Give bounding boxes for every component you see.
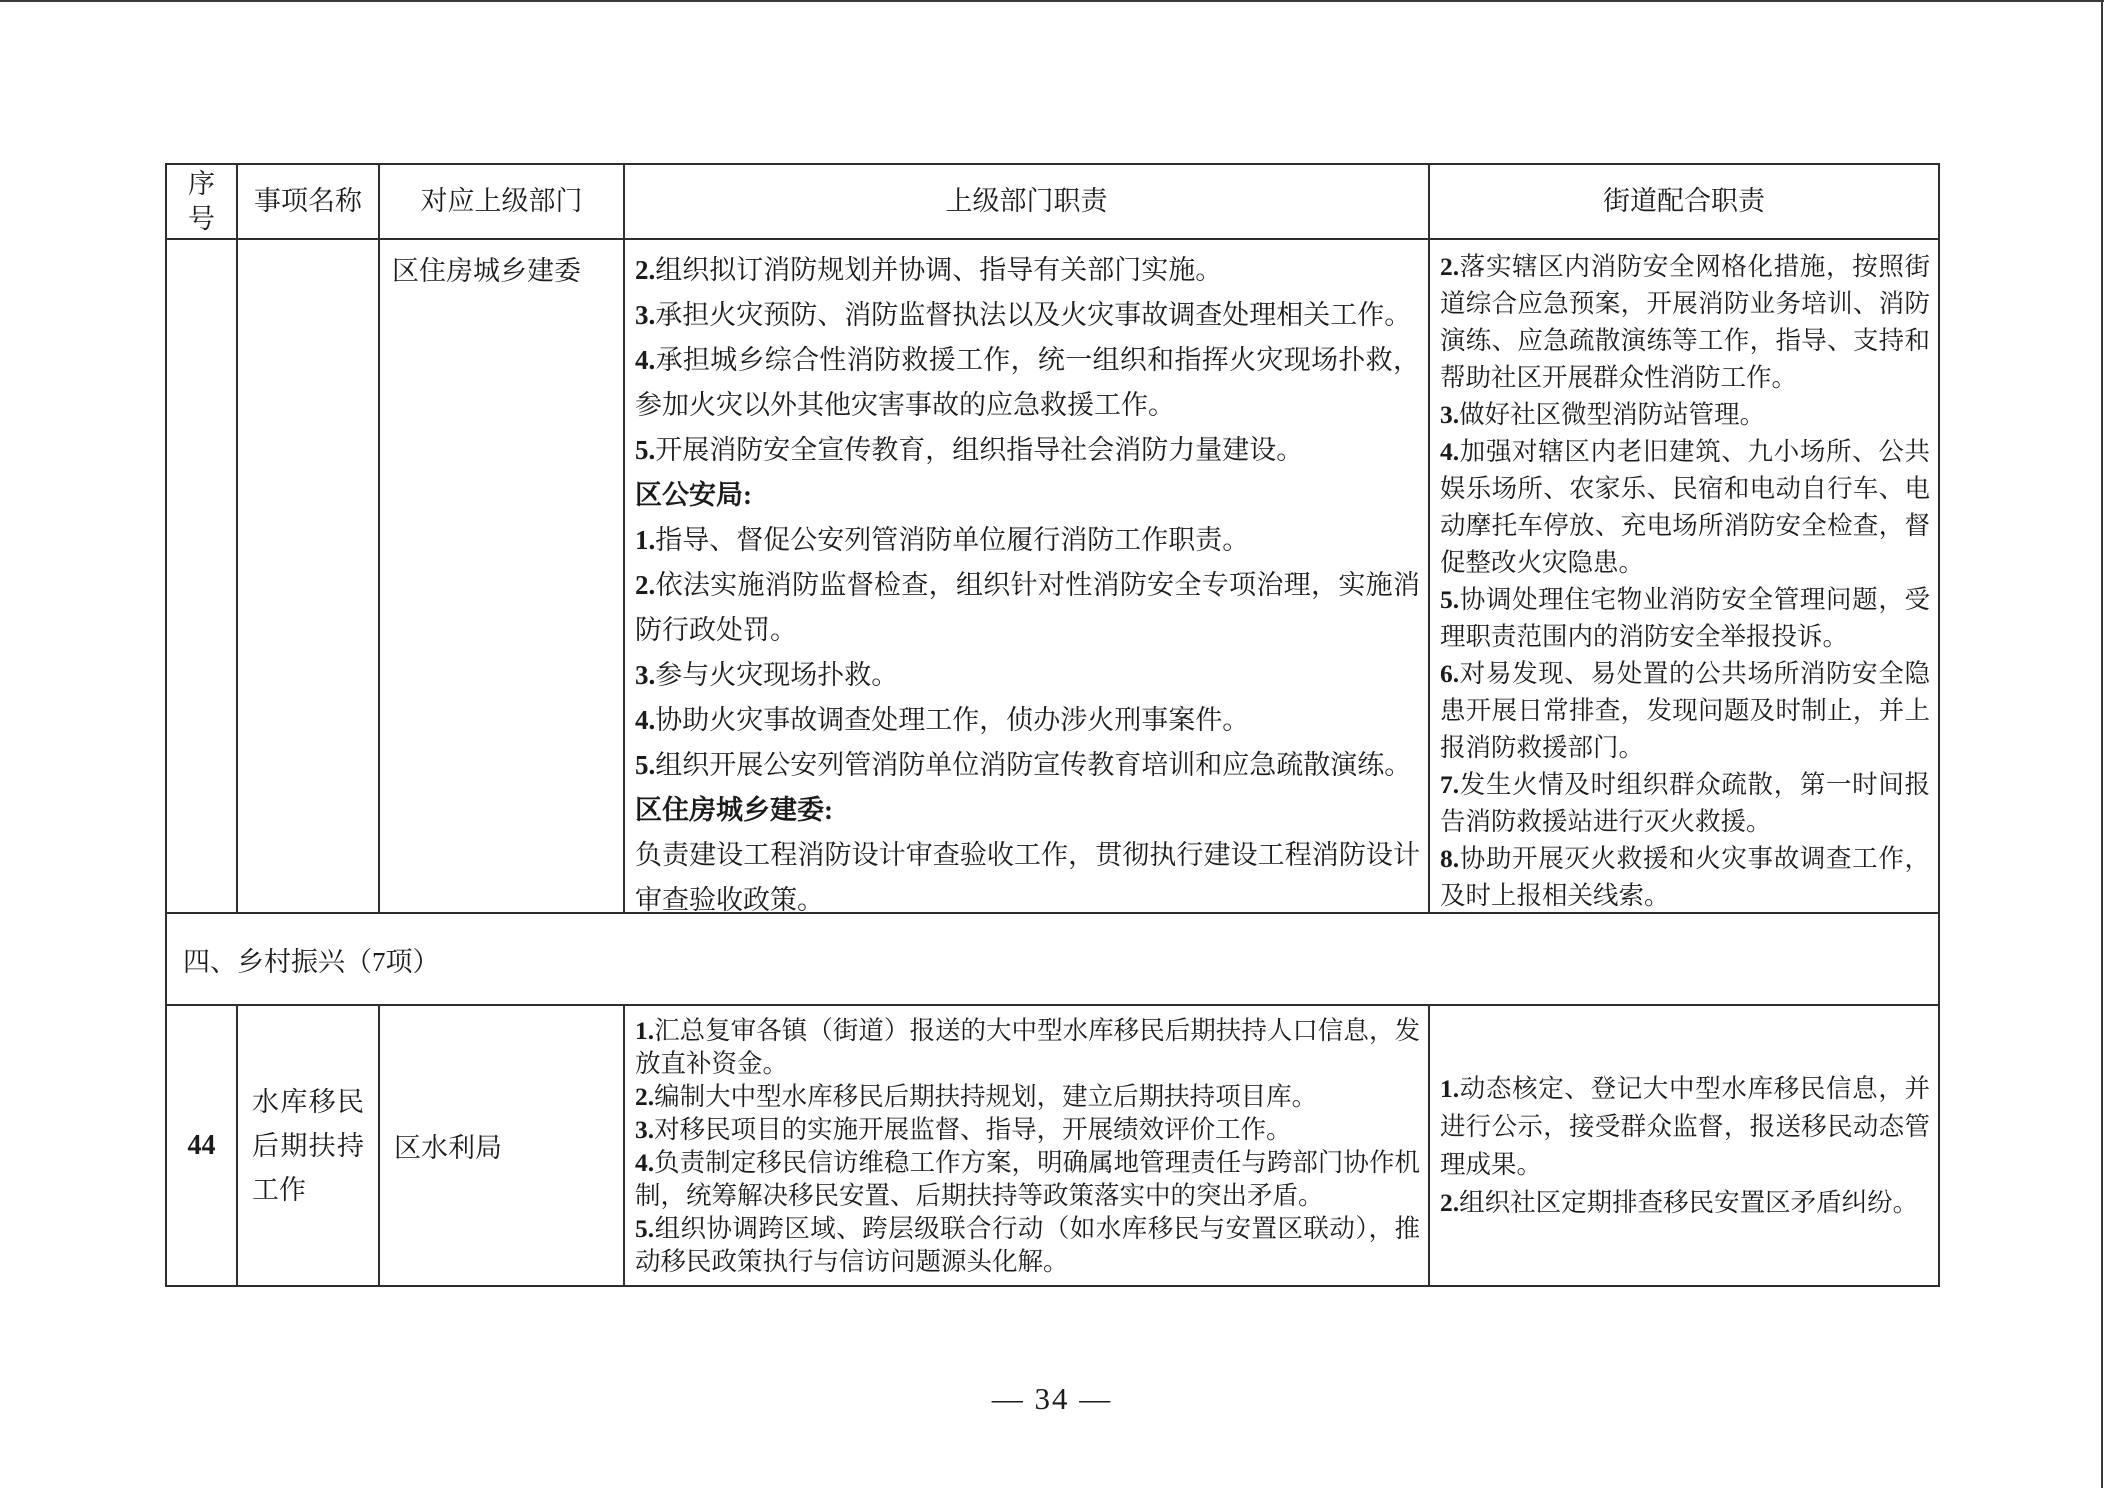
col-header-street-duties: 街道配合职责 — [1430, 165, 1938, 240]
duty-paragraph: 3.承担火灾预防、消防监督执法以及火灾事故调查处理相关工作。 — [635, 293, 1420, 338]
col-header-superior-department: 对应上级部门 — [380, 165, 625, 240]
duty-paragraph: 2.落实辖区内消防安全网格化措施，按照街道综合应急预案，开展消防业务培训、消防演… — [1440, 248, 1930, 396]
duty-paragraph: 2.组织社区定期排查移民安置区矛盾纠纷。 — [1440, 1184, 1930, 1222]
col-header-item-name: 事项名称 — [238, 165, 380, 240]
duty-paragraph: 4.加强对辖区内老旧建筑、九小场所、公共娱乐场所、农家乐、民宿和电动自行车、电动… — [1440, 433, 1930, 581]
page-number: — 34 — — [0, 1381, 2104, 1417]
page-edge-top — [0, 0, 2104, 2]
col-header-seq: 序号 — [167, 165, 238, 240]
cell-item-name-empty — [238, 240, 380, 914]
section-row-title: 四、乡村振兴（7项） — [167, 914, 1938, 1006]
cell-street-duties: 2.落实辖区内消防安全网格化措施，按照街道综合应急预案，开展消防业务培训、消防演… — [1430, 240, 1938, 914]
page-edge-right — [2101, 0, 2103, 1488]
duty-paragraph: 区住房城乡建委: — [635, 788, 1420, 833]
duty-paragraph: 3.参与火灾现场扑救。 — [635, 653, 1420, 698]
duty-paragraph: 5.开展消防安全宣传教育，组织指导社会消防力量建设。 — [635, 428, 1420, 473]
cell-seq-44: 44 — [167, 1006, 238, 1285]
cell-seq-empty — [167, 240, 238, 914]
duty-paragraph: 2.编制大中型水库移民后期扶持规划，建立后期扶持项目库。 — [635, 1080, 1420, 1113]
duty-paragraph: 7.发生火情及时组织群众疏散，第一时间报告消防救援站进行灭火救援。 — [1440, 766, 1930, 840]
cell-superior-department: 区住房城乡建委 — [380, 240, 625, 914]
duty-paragraph: 6.对易发现、易处置的公共场所消防安全隐患开展日常排查，发现问题及时制止，并上报… — [1440, 655, 1930, 766]
duty-paragraph: 8.协助开展灭火救援和火灾事故调查工作，及时上报相关线索。 — [1440, 840, 1930, 914]
duty-paragraph: 1.动态核定、登记大中型水库移民信息，并进行公示，接受群众监督，报送移民动态管理… — [1440, 1070, 1930, 1184]
cell-superior-department-44: 区水利局 — [380, 1006, 625, 1285]
duty-paragraph: 1.指导、督促公安列管消防单位履行消防工作职责。 — [635, 518, 1420, 563]
responsibility-table: 序号 事项名称 对应上级部门 上级部门职责 街道配合职责 区住房城乡建委 2.组… — [165, 163, 1940, 1287]
duty-paragraph: 4.协助火灾事故调查处理工作，侦办涉火刑事案件。 — [635, 698, 1420, 743]
duty-paragraph: 1.汇总复审各镇（街道）报送的大中型水库移民后期扶持人口信息，发放直补资金。 — [635, 1014, 1420, 1080]
duty-paragraph: 3.做好社区微型消防站管理。 — [1440, 396, 1930, 433]
duty-paragraph: 5.组织协调跨区域、跨层级联合行动（如水库移民与安置区联动），推动移民政策执行与… — [635, 1212, 1420, 1278]
duty-paragraph: 5.协调处理住宅物业消防安全管理问题，受理职责范围内的消防安全举报投诉。 — [1440, 581, 1930, 655]
cell-superior-duties: 2.组织拟订消防规划并协调、指导有关部门实施。3.承担火灾预防、消防监督执法以及… — [625, 240, 1430, 914]
duty-paragraph: 5.组织开展公安列管消防单位消防宣传教育培训和应急疏散演练。 — [635, 743, 1420, 788]
duty-paragraph: 3.对移民项目的实施开展监督、指导，开展绩效评价工作。 — [635, 1113, 1420, 1146]
cell-superior-duties-44: 1.汇总复审各镇（街道）报送的大中型水库移民后期扶持人口信息，发放直补资金。2.… — [625, 1006, 1430, 1285]
duty-paragraph: 2.组织拟订消防规划并协调、指导有关部门实施。 — [635, 248, 1420, 293]
duty-paragraph: 区公安局: — [635, 473, 1420, 518]
cell-street-duties-44: 1.动态核定、登记大中型水库移民信息，并进行公示，接受群众监督，报送移民动态管理… — [1430, 1006, 1938, 1285]
duty-paragraph: 负责建设工程消防设计审查验收工作，贯彻执行建设工程消防设计审查验收政策。 — [635, 833, 1420, 914]
col-header-superior-duties: 上级部门职责 — [625, 165, 1430, 240]
item-name-text: 水库移民后期扶持工作 — [252, 1080, 364, 1212]
duty-paragraph: 4.负责制定移民信访维稳工作方案，明确属地管理责任与跨部门协作机制，统筹解决移民… — [635, 1146, 1420, 1212]
cell-item-name-44: 水库移民后期扶持工作 — [238, 1006, 380, 1285]
duty-paragraph: 4.承担城乡综合性消防救援工作，统一组织和指挥火灾现场扑救，参加火灾以外其他灾害… — [635, 338, 1420, 428]
duty-paragraph: 2.依法实施消防监督检查，组织针对性消防安全专项治理，实施消防行政处罚。 — [635, 563, 1420, 653]
